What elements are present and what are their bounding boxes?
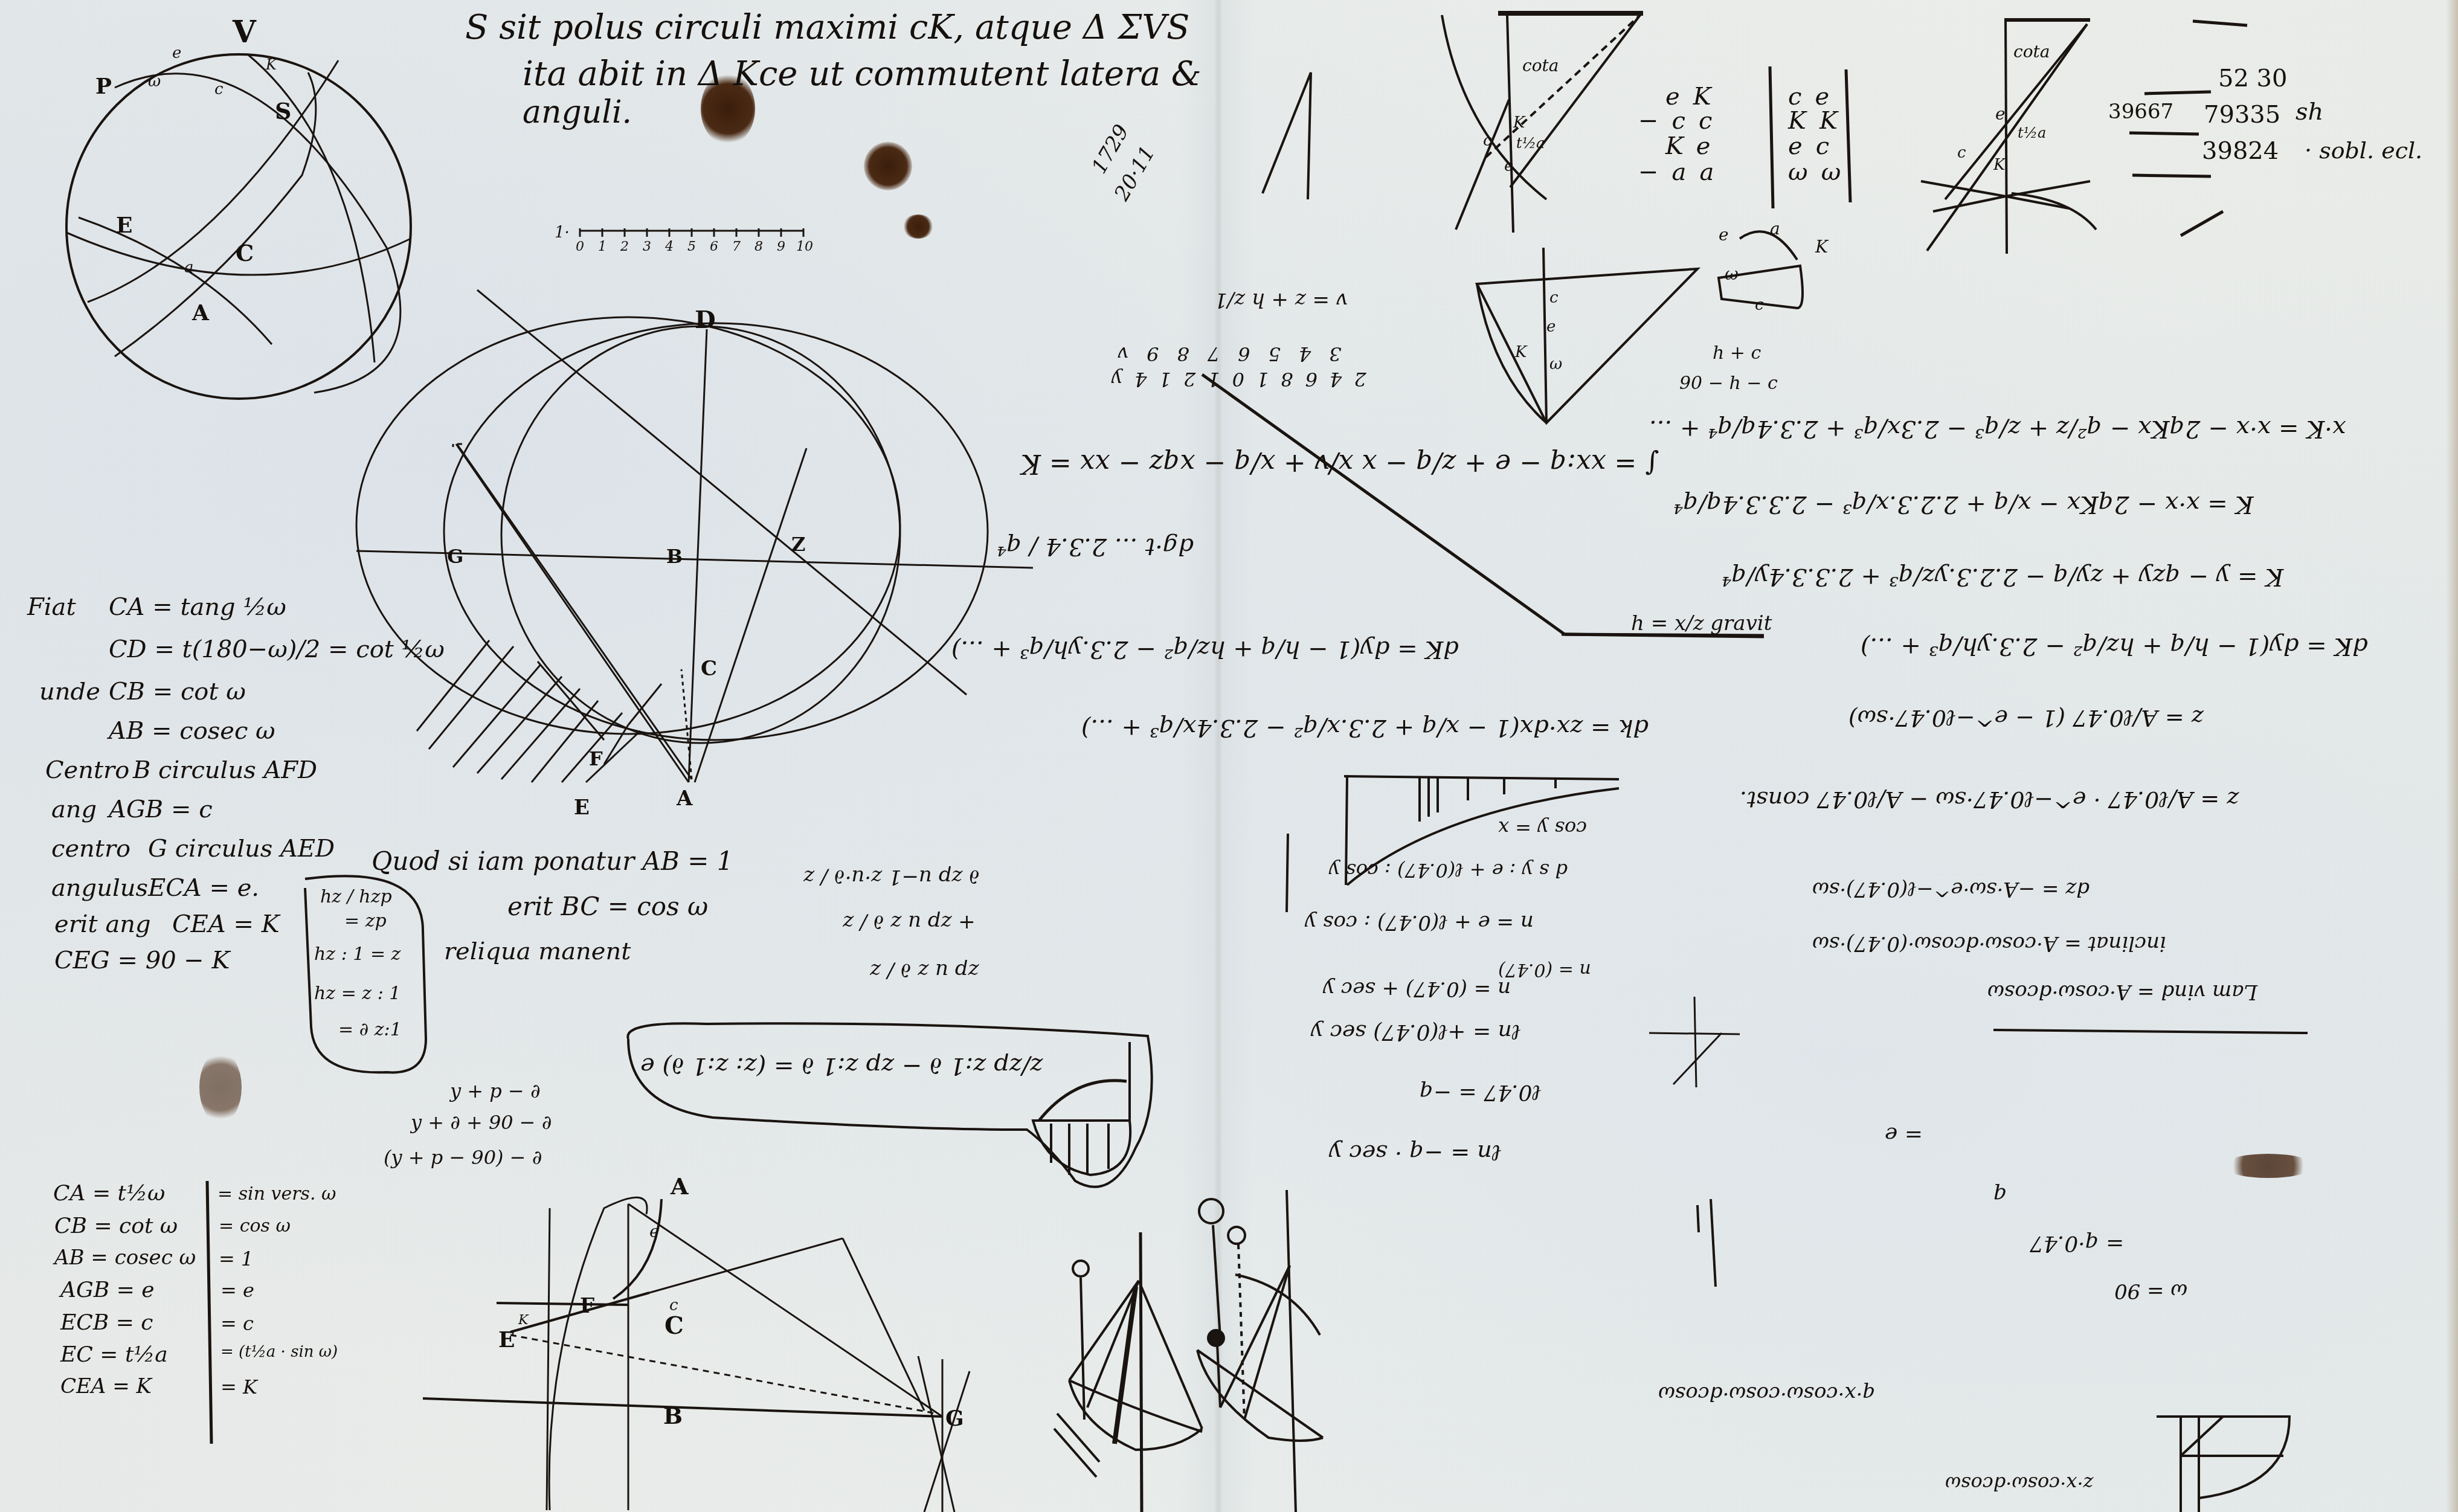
- cell: c: [1672, 107, 1699, 135]
- cota-label: c: [1483, 133, 1492, 149]
- bottom-label-e: e: [649, 1223, 660, 1240]
- long-diagonal: [1202, 375, 1565, 634]
- ratio-line: hz : 1 = z: [314, 945, 401, 963]
- cell: c: [1699, 107, 1725, 135]
- upside-sequence-row-1: 3456789v: [1099, 344, 1342, 364]
- scale-tick: 6: [710, 240, 718, 254]
- upside-dz-eq: dz = −A·sω·e^−ℓ(0.47)·sω: [1812, 879, 2090, 899]
- main-label-e: E: [574, 797, 590, 818]
- cota-label: t½a: [1516, 136, 1545, 150]
- formula-loop: [628, 1023, 1151, 1187]
- sphere-label-v: V: [233, 17, 256, 47]
- quadrant-figure-2: [2157, 1417, 2289, 1512]
- bottom-construction: [423, 1197, 970, 1512]
- header-note-line-2: ita abit in Δ Kce ut commutent latera &: [523, 57, 1202, 91]
- ratio-line: hz = z : 1: [314, 985, 401, 1003]
- cota-label: K: [1513, 115, 1525, 130]
- cota-label: c: [1957, 145, 1966, 161]
- seq: 12: [1171, 368, 1220, 391]
- arith-middle: 79335: [2204, 103, 2280, 127]
- upside-bottom-mid: q·x·cosω·cosω·dcosω: [1658, 1383, 1876, 1404]
- seq: 8: [1269, 368, 1293, 391]
- upside-u-eq: n = (0.47): [1498, 960, 1591, 979]
- arith-top: 52 30: [2218, 66, 2288, 91]
- table-row: eK: [1665, 85, 1725, 109]
- sphere-label-e: E: [116, 214, 132, 236]
- arith-result: 39824: [2202, 139, 2279, 163]
- upside-z-eq-2: z = A/ℓ0.47 · e^−ℓ0.47·sω − A/ℓ0.47 cons…: [1740, 788, 2239, 811]
- upside-right-lower: q: [1993, 1184, 2007, 1206]
- upside-integral-line: ∫ = xx:q − e + z/q − x x/v + x/q − xqz −…: [1021, 450, 1659, 477]
- small-formula: ∂ zp u−1 z·u·∂ / z: [803, 867, 980, 887]
- cell: c: [1816, 132, 1842, 160]
- triangle-label: c: [1755, 297, 1764, 313]
- upside-ln-q: ℓn = −q · sec y: [1329, 1142, 1502, 1165]
- bottom-label-e-big: E: [498, 1329, 515, 1351]
- cota-label: K: [1993, 157, 2005, 173]
- table-left-cell: EC = t½a: [60, 1344, 168, 1366]
- cota-label: e: [1995, 106, 2006, 123]
- main-label-z: Z: [791, 535, 805, 554]
- diagram-linework: [0, 0, 2458, 1512]
- table-right-cell: = c: [220, 1314, 254, 1333]
- table-right-cell: = K: [220, 1377, 257, 1397]
- cota-label: cota: [2013, 43, 2050, 60]
- scale-tick: 0: [576, 240, 584, 254]
- seq: 14: [1122, 368, 1171, 391]
- ratio-line: hz / hzp: [320, 888, 392, 906]
- table-right-cell: = (t½a · sin ω): [220, 1344, 338, 1360]
- note-expr: AB = cosec ω: [109, 719, 275, 743]
- seq: 7: [1189, 343, 1220, 365]
- pendulum-figure-2: [1197, 1190, 1323, 1512]
- scale-tick: 7: [732, 240, 741, 254]
- seq: 4: [1317, 368, 1342, 391]
- cell: K: [1665, 132, 1696, 160]
- note-prefix: centro: [51, 837, 130, 861]
- main-label-a: A: [677, 788, 692, 809]
- upside-l047: ℓ0.47 = −q: [1420, 1081, 1541, 1103]
- table-left-cell: ECB = c: [60, 1312, 153, 1334]
- triangle-label: K: [1815, 239, 1828, 256]
- upside-k-line-3: K = y − qzy + zy/q − 2.2.3.yz/q³ + 2.3.3…: [1722, 565, 2283, 589]
- cell: −: [1638, 158, 1672, 186]
- side-note: 90 − h − c: [1679, 375, 1778, 393]
- bottom-label-f: F: [580, 1296, 594, 1316]
- seq: 2: [1342, 368, 1366, 391]
- main-label-d: D: [695, 308, 716, 332]
- note-prefix: unde: [39, 680, 100, 704]
- note-expr: ECA = e.: [148, 876, 259, 900]
- scale-tick: 4: [665, 240, 674, 254]
- quod-note-line-2: erit BC = cos ω: [507, 894, 708, 919]
- main-label-b: B: [666, 547, 683, 566]
- sphere-label-small: ω: [148, 74, 161, 89]
- table-row: KK: [1788, 109, 1851, 133]
- upside-mid-line-1: dg·t ... 2.3.4 / q⁴: [997, 535, 1194, 559]
- bottom-label-g: G: [945, 1407, 964, 1429]
- seq: 4: [1281, 343, 1311, 365]
- sphere-label-small: a: [184, 260, 194, 275]
- table-right-cell: = sin vers. ω: [217, 1185, 336, 1203]
- table-left-cell: CA = t½ω: [53, 1183, 165, 1205]
- seq: 10: [1220, 368, 1269, 391]
- small-formula: zp u z ∂ / z: [870, 960, 979, 981]
- seq: 8: [1159, 343, 1189, 365]
- sphere-label-a: A: [192, 302, 209, 324]
- arith-result-suffix: · sobl. ecl.: [2305, 139, 2422, 162]
- upside-sequence-top: v = z + h z/1: [1214, 290, 1348, 310]
- bottom-label-k: K: [518, 1314, 528, 1327]
- table-row: Ke: [1665, 134, 1723, 158]
- note-expr: CEA = K: [172, 912, 280, 936]
- table-left-cell: CEA = K: [60, 1376, 152, 1397]
- table-rule: [1770, 66, 1773, 208]
- hatched-bowl: [1033, 1042, 1130, 1175]
- table-right-cell: = cos ω: [219, 1217, 291, 1235]
- table-row: −aa: [1638, 160, 1727, 184]
- cota-label: cota: [1522, 57, 1559, 74]
- main-label-g: G: [447, 547, 463, 566]
- scale-tick: 9: [777, 240, 785, 254]
- upside-k-line-2: K = x·x − 2qKx − x/q + 2.2.3.x/q³ − 2.3.…: [1673, 492, 2253, 516]
- seq: 6: [1220, 343, 1250, 365]
- cell: ω: [1788, 158, 1821, 186]
- seq: y: [1099, 368, 1122, 391]
- triangle-2-label: c: [1549, 290, 1559, 306]
- note-prefix: angulus: [51, 876, 148, 900]
- upside-n-eq: n = e + ℓ(0.47) : cos y: [1305, 912, 1534, 933]
- quod-note-line-3: reliqua manent: [444, 939, 631, 963]
- upside-cos-y: cos y = x: [1498, 819, 1587, 838]
- seq: v: [1099, 343, 1128, 365]
- cell: e: [1788, 132, 1816, 160]
- upside-inclin: inclinat = A·cosω·dcosω·(0.47)·sω: [1812, 933, 2166, 954]
- scale-tick: 8: [754, 240, 763, 254]
- triangle-2-label: e: [1546, 319, 1556, 335]
- upside-sequence-row-2: 2468101214y: [1099, 370, 1366, 389]
- quod-note-line-1: Quod si iam ponatur AB = 1: [372, 849, 733, 874]
- scale-bar: [580, 228, 803, 237]
- upside-right-lower: = e: [1885, 1124, 1923, 1145]
- table-row: −cc: [1638, 109, 1725, 133]
- table-left-cell: CB = cot ω: [54, 1215, 178, 1237]
- sphere-label-c: C: [236, 242, 254, 265]
- bottom-label-a: A: [671, 1175, 688, 1198]
- cell: −: [1638, 107, 1672, 135]
- note-expr: G circulus AED: [148, 837, 335, 861]
- header-note-line-3: anguli.: [523, 97, 632, 128]
- note-prefix: erit ang: [54, 912, 151, 936]
- sphere-label-s: S: [275, 100, 291, 123]
- scale-tick: 2: [620, 240, 629, 254]
- cell: K: [1788, 107, 1819, 135]
- arith-middle-suffix: sh: [2296, 100, 2323, 124]
- main-diagram: [356, 290, 1033, 782]
- loop-formula: z/zp z:1 ∂ − zp z:1 ∂ = (z: z:1 ∂) e: [640, 1054, 1043, 1078]
- bottom-label-c: C: [664, 1314, 684, 1338]
- scale-tick: 3: [643, 240, 651, 254]
- seq: 9: [1128, 343, 1159, 365]
- sphere-label-p: P: [95, 76, 112, 97]
- cell: e: [1696, 132, 1724, 160]
- quadrant-figure: [1287, 776, 1619, 912]
- arith-side-number: 39667: [2108, 101, 2173, 122]
- seq: 5: [1250, 343, 1281, 365]
- note-expr: CB = cot ω: [109, 680, 246, 704]
- table-left-cell: AB = cosec ω: [54, 1247, 196, 1268]
- sphere-label-small: e: [172, 45, 181, 61]
- sum-line: y + ∂ + 90 − ∂: [411, 1113, 552, 1132]
- small-triangle-2: [1477, 248, 1697, 423]
- note-expr: CA = tang ½ω: [109, 595, 286, 619]
- note-expr: CD = t(180−ω)/2 = cot ½ω: [109, 637, 445, 661]
- sum-line: (y + p − 90) − ∂: [384, 1148, 542, 1167]
- sum-line: y + p − ∂: [450, 1081, 540, 1101]
- upside-right-lower: = q·0.47: [2030, 1232, 2124, 1254]
- side-note: h + c: [1713, 344, 1761, 362]
- gravit-label: h = x/z gravit: [1631, 613, 1772, 634]
- table-row: ωω: [1788, 160, 1854, 184]
- cota-label: e: [1504, 158, 1513, 174]
- table-left-cell: AGB = e: [60, 1279, 155, 1301]
- note-prefix: ang: [51, 797, 97, 822]
- upside-dsy: d s y : e + ℓ(0.47) : cos y: [1329, 861, 1568, 880]
- cell: a: [1672, 158, 1700, 186]
- upside-mid-line-3: dK = dy(1 − h/q + hz/q² − 2.3.yh/q³ + ..…: [951, 637, 1459, 661]
- triangle-label: a: [1770, 220, 1780, 237]
- cell: a: [1699, 158, 1727, 186]
- cell: ω: [1821, 158, 1855, 186]
- sphere-label-small: c: [214, 82, 224, 97]
- upside-k-line-1: x·K = x·x − 2qKx − q²/z + z/q³ − 2.3x/q³…: [1649, 417, 2346, 441]
- note-expr: B circulus AFD: [133, 758, 317, 782]
- upside-bottom-right: z·x·cosω·dcosω: [1945, 1474, 2093, 1493]
- table-row: ce: [1788, 85, 1842, 109]
- scale-tick: 1: [598, 240, 606, 254]
- scale-tick: 5: [687, 240, 696, 254]
- triangle-2-label: ω: [1549, 356, 1562, 372]
- manuscript-spread: S sit polus circuli maximi cK, atque Δ Σ…: [0, 0, 2458, 1512]
- triangle-2-label: K: [1515, 344, 1527, 360]
- cota-label: t½a: [2018, 126, 2046, 140]
- ratio-line: = zp: [344, 912, 387, 930]
- note-prefix: Fiat: [27, 595, 76, 619]
- small-formula: + zp u z ∂ / z: [843, 912, 976, 933]
- note-expr: CEG = 90 − K: [54, 948, 230, 973]
- note-prefix: Centro: [45, 758, 129, 782]
- cell: K: [1819, 107, 1851, 135]
- scale-prefix: 1·: [555, 225, 570, 240]
- underline: [1993, 1030, 2308, 1033]
- note-expr: AGB = c: [109, 797, 213, 822]
- upside-mid-line-2: dk = zx·dx(1 − x/q + 2.3.x/q² − 2.3.4x/q…: [1081, 716, 1649, 740]
- bottom-label-b: B: [663, 1404, 683, 1427]
- upside-dk-line: dK = dy(1 − h/q + hz/q² − 2.3.yh/q³ + ..…: [1861, 634, 2368, 658]
- seq: 3: [1311, 343, 1341, 365]
- table-right-cell: = 1: [219, 1249, 253, 1269]
- upside-ln-eq: ℓn = +ℓ(0.47) sec y: [1311, 1021, 1521, 1043]
- triangle-label: e: [1719, 227, 1729, 243]
- triangle-label: ω: [1725, 266, 1739, 283]
- ratio-line: = ∂ z:1: [338, 1021, 402, 1039]
- sphere-label-small: K: [266, 57, 277, 72]
- scale-tick: 10: [796, 240, 813, 254]
- upside-right-lower: ω = 90: [2114, 1281, 2187, 1301]
- seq: 6: [1293, 368, 1317, 391]
- cota-diagram-1: [1263, 13, 1643, 233]
- upside-n-eq-2: n = (0.47) + sec y: [1323, 979, 1511, 999]
- main-label-c: C: [701, 658, 717, 679]
- table-row: ec: [1788, 134, 1842, 158]
- table-divider: [207, 1181, 211, 1444]
- table-right-cell: = e: [220, 1281, 254, 1300]
- pendulum-figure-1: [1054, 1232, 1202, 1512]
- cota-diagram-2: [1921, 20, 2096, 254]
- main-label-f: F: [589, 749, 603, 768]
- upside-lam-vind: Lam vind = A·cosω·dcosω: [1987, 982, 2257, 1002]
- header-note-line-1: S sit polus circuli maximi cK, atque Δ Σ…: [465, 11, 1189, 45]
- upside-z-eq-1: z = A/ℓ0.47 (1 − e^−ℓ0.47·sω): [1848, 707, 2204, 730]
